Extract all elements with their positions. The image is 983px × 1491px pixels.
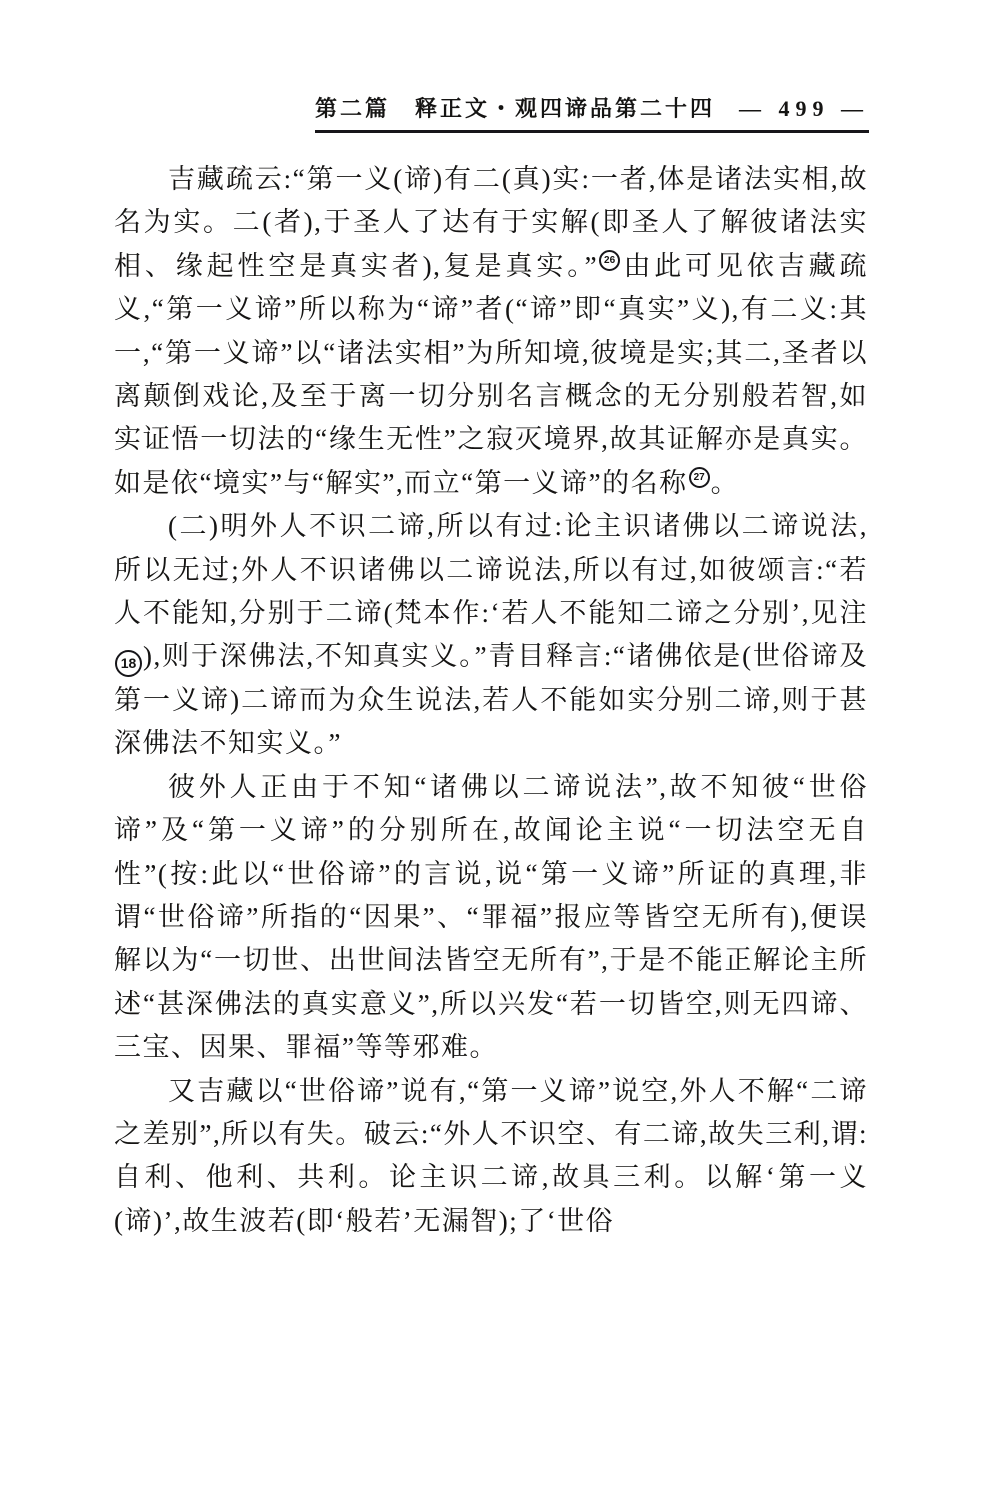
paragraph-1-text-end: 。 (711, 468, 740, 498)
header-page-number: — 499 — (739, 96, 869, 121)
book-page: 第二篇 释正文・观四谛品第二十四— 499 — 吉藏疏云:“第一义(谛)有二(真… (0, 0, 983, 1491)
page-body-text: 吉藏疏云:“第一义(谛)有二(真)实:一者,体是诸法实相,故名为实。二(者),于… (114, 158, 868, 1243)
footnote-marker-27: 27 (689, 467, 710, 488)
header-section-title: 第二篇 释正文・观四谛品第二十四 (315, 96, 715, 121)
paragraph-1: 吉藏疏云:“第一义(谛)有二(真)实:一者,体是诸法实相,故名为实。二(者),于… (114, 158, 868, 505)
paragraph-4: 又吉藏以“世俗谛”说有,“第一义谛”说空,外人不解“二谛之差别”,所以有失。破云… (114, 1070, 868, 1244)
footnote-marker-26: 26 (599, 250, 620, 271)
paragraph-2-text-b: ),则于深佛法,不知真实义。”青目释言:“诸佛依是(世俗谛及第一义谛)二谛而为众… (114, 641, 868, 758)
paragraph-4-text: 又吉藏以“世俗谛”说有,“第一义谛”说空,外人不解“二谛之差别”,所以有失。破云… (114, 1076, 868, 1236)
note-reference-18: 18 (115, 650, 142, 677)
paragraph-2-text-a: (二)明外人不识二谛,所以有过:论主识诸佛以二谛说法,所以无过;外人不识诸佛以二… (114, 511, 868, 628)
paragraph-1-text-b: 由此可见依吉藏疏义,“第一义谛”所以称为“谛”者(“谛”即“真实”义),有二义:… (114, 251, 868, 498)
running-header: 第二篇 释正文・观四谛品第二十四— 499 — (113, 92, 869, 133)
running-header-underline: 第二篇 释正文・观四谛品第二十四— 499 — (315, 92, 869, 133)
paragraph-3: 彼外人正由于不知“诸佛以二谛说法”,故不知彼“世俗谛”及“第一义谛”的分别所在,… (114, 766, 868, 1070)
paragraph-2: (二)明外人不识二谛,所以有过:论主识诸佛以二谛说法,所以无过;外人不识诸佛以二… (114, 505, 868, 765)
paragraph-3-text: 彼外人正由于不知“诸佛以二谛说法”,故不知彼“世俗谛”及“第一义谛”的分别所在,… (114, 772, 868, 1062)
